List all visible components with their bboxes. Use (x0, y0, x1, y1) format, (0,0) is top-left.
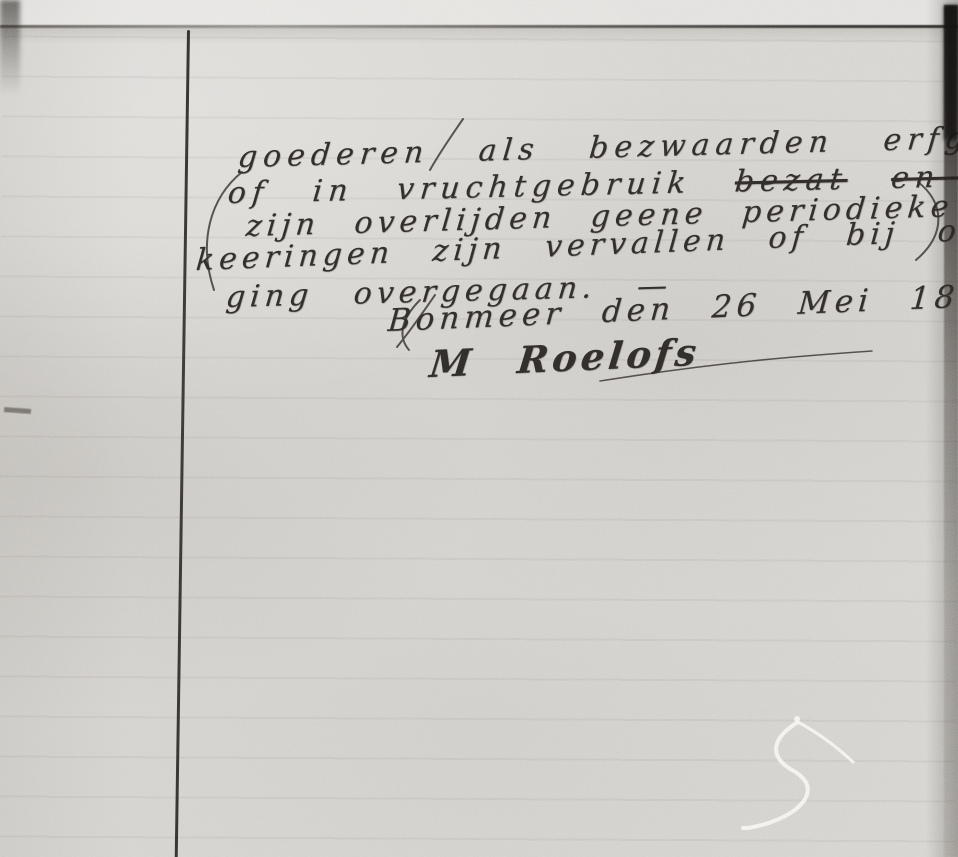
scanned-document-page: goederen als bezwaarden erfgenaam of in … (0, 0, 958, 857)
signature: M Roelofs (428, 330, 703, 387)
top-right-dark-corner (944, 5, 958, 140)
margin-rule-line (175, 30, 190, 857)
signature-text: M Roelofs (428, 330, 703, 387)
adjacent-page-strip (0, 0, 958, 25)
top-left-smudge (0, 0, 20, 95)
left-margin-ink-dash (4, 407, 31, 414)
page-top-edge-shadow (0, 28, 958, 44)
